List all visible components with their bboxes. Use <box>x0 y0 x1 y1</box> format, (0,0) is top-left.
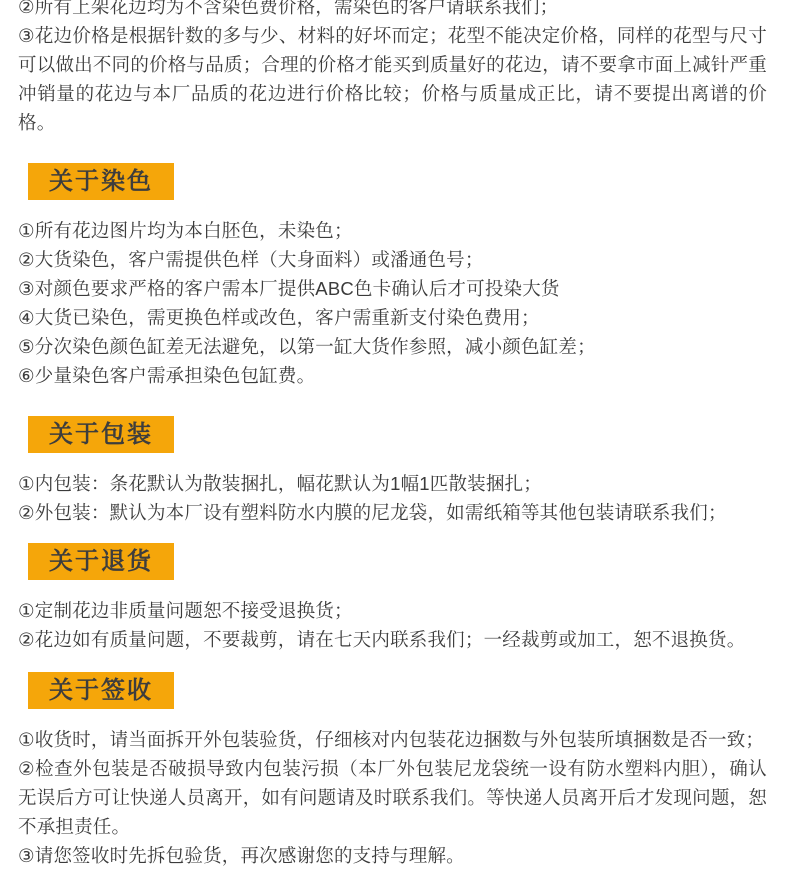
intro-item-pricing-2: ②所有上架花边均为不含染色费价格，需染色的客户请联系我们； <box>18 0 767 21</box>
intro-block: ②所有上架花边均为不含染色费价格，需染色的客户请联系我们； ③花边价格是根据针数… <box>18 0 767 137</box>
section-dyeing-banner: 关于染色 <box>28 163 174 200</box>
notice-item: ①定制花边非质量问题恕不接受退换货； <box>18 596 767 625</box>
notice-item: ②花边如有质量问题，不要裁剪，请在七天内联系我们；一经裁剪或加工，恕不退换货。 <box>18 625 767 654</box>
section-packaging-title: 关于包装 <box>49 421 153 448</box>
notice-item: ③请您签收时先拆包验货，再次感谢您的支持与理解。 <box>18 841 767 870</box>
intro-item-pricing-3: ③花边价格是根据针数的多与少、材料的好坏而定；花型不能决定价格，同样的花型与尺寸… <box>18 21 767 137</box>
notice-item: ④大货已染色，需更换色样或改色，客户需重新支付染色费用； <box>18 303 767 332</box>
notice-item: ⑥少量染色客户需承担染色包缸费。 <box>18 361 767 390</box>
notice-item: ③对颜色要求严格的客户需本厂提供ABC色卡确认后才可投染大货 <box>18 274 767 303</box>
section-packaging-body: ①内包装：条花默认为散装捆扎，幅花默认为1幅1匹散装捆扎； ②外包装：默认为本厂… <box>18 469 767 527</box>
section-returns-title: 关于退货 <box>49 548 153 575</box>
section-signing-banner: 关于签收 <box>28 672 174 709</box>
section-dyeing: 关于染色 ①所有花边图片均为本白胚色，未染色； ②大货染色，客户需提供色样（大身… <box>18 137 767 390</box>
section-signing-title: 关于签收 <box>49 677 153 704</box>
section-signing: 关于签收 ①收货时，请当面拆开外包装验货，仔细核对内包装花边捆数与外包装所填捆数… <box>18 654 767 870</box>
product-notice-page: ②所有上架花边均为不含染色费价格，需染色的客户请联系我们； ③花边价格是根据针数… <box>0 0 790 876</box>
notice-item: ②检查外包装是否破损导致内包装污损（本厂外包装尼龙袋统一设有防水塑料内胆），确认… <box>18 754 767 841</box>
section-packaging-banner: 关于包装 <box>28 416 174 453</box>
notice-item: ①所有花边图片均为本白胚色，未染色； <box>18 216 767 245</box>
section-dyeing-title: 关于染色 <box>49 168 153 195</box>
notice-item: ①内包装：条花默认为散装捆扎，幅花默认为1幅1匹散装捆扎； <box>18 469 767 498</box>
section-signing-body: ①收货时，请当面拆开外包装验货，仔细核对内包装花边捆数与外包装所填捆数是否一致；… <box>18 725 767 870</box>
notice-item: ②大货染色，客户需提供色样（大身面料）或潘通色号； <box>18 245 767 274</box>
notice-item: ⑤分次染色颜色缸差无法避免，以第一缸大货作参照，减小颜色缸差； <box>18 332 767 361</box>
section-returns-body: ①定制花边非质量问题恕不接受退换货； ②花边如有质量问题，不要裁剪，请在七天内联… <box>18 596 767 654</box>
notice-item: ②外包装：默认为本厂设有塑料防水内膜的尼龙袋，如需纸箱等其他包装请联系我们； <box>18 498 767 527</box>
section-returns: 关于退货 ①定制花边非质量问题恕不接受退换货； ②花边如有质量问题，不要裁剪，请… <box>18 527 767 654</box>
section-packaging: 关于包装 ①内包装：条花默认为散装捆扎，幅花默认为1幅1匹散装捆扎； ②外包装：… <box>18 390 767 527</box>
section-returns-banner: 关于退货 <box>28 543 174 580</box>
notice-item: ①收货时，请当面拆开外包装验货，仔细核对内包装花边捆数与外包装所填捆数是否一致； <box>18 725 767 754</box>
section-dyeing-body: ①所有花边图片均为本白胚色，未染色； ②大货染色，客户需提供色样（大身面料）或潘… <box>18 216 767 390</box>
